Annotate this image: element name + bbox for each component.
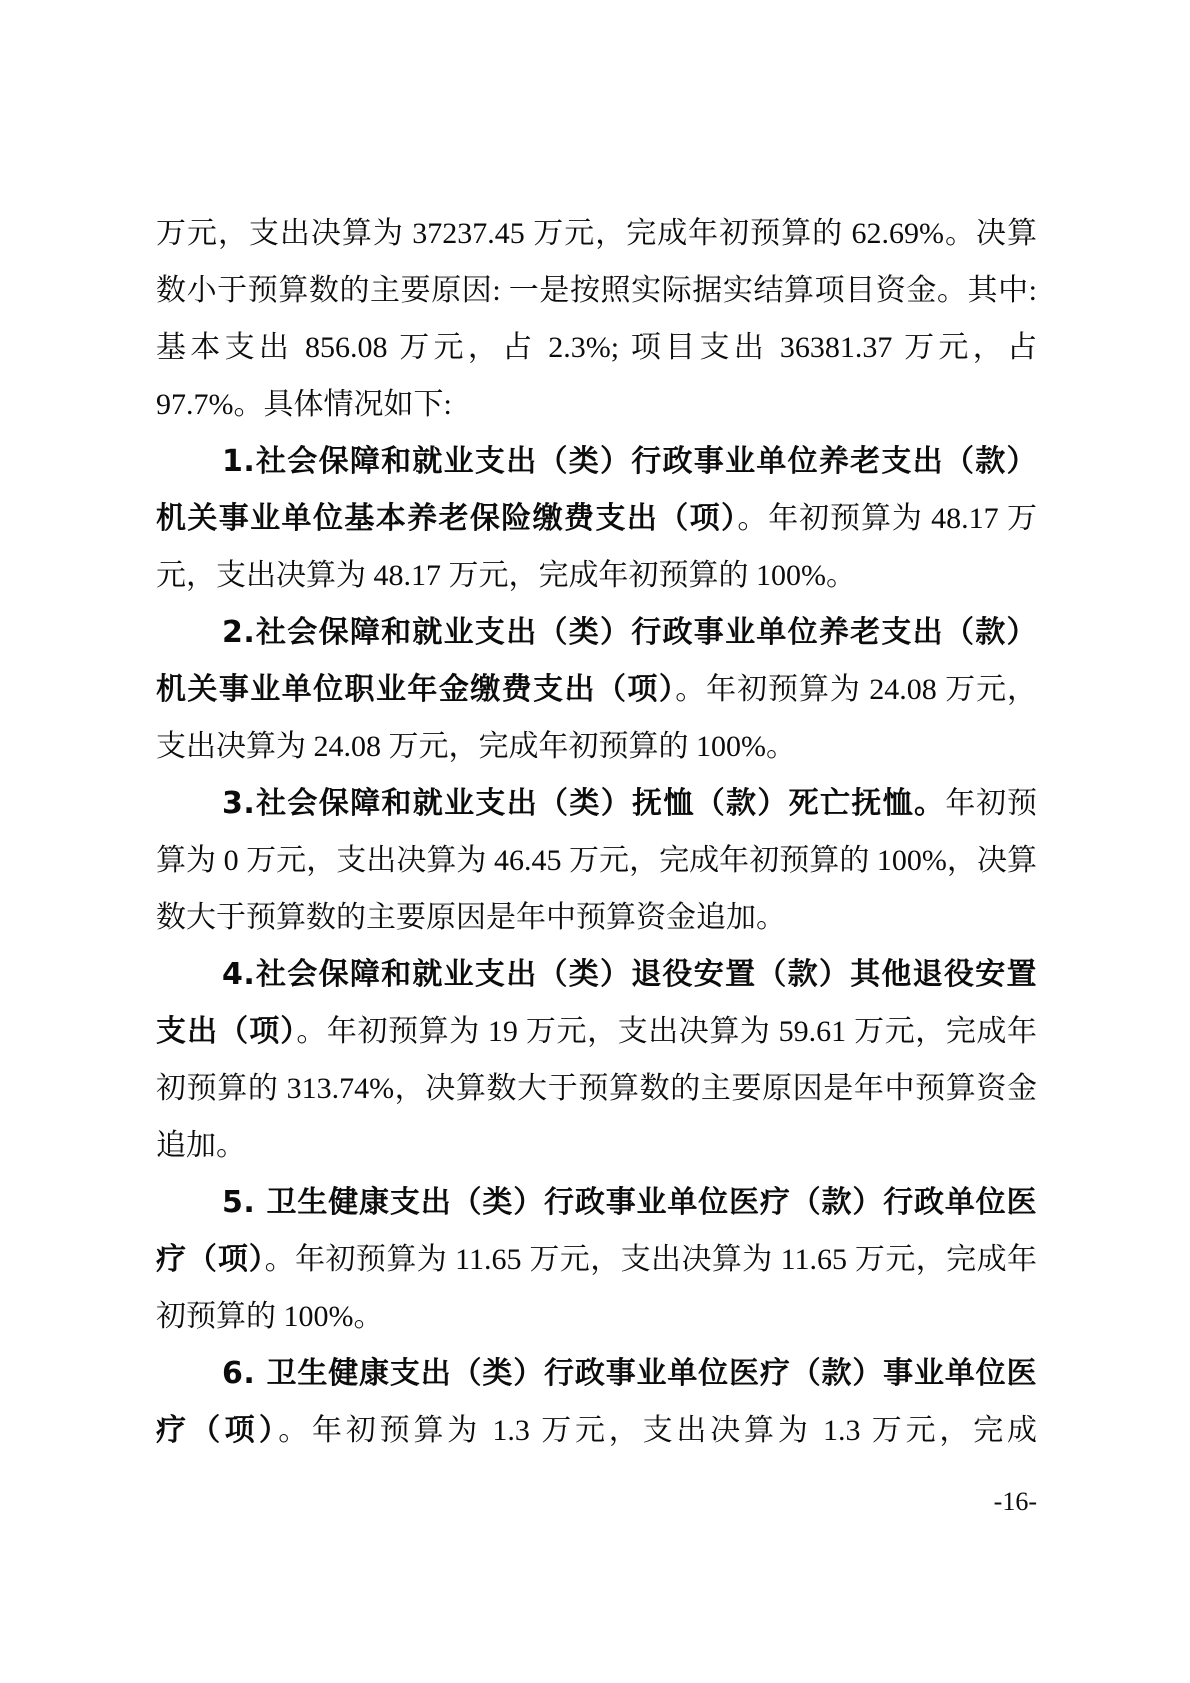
paragraph-item-5: 5. 卫生健康支出（类）行政事业单位医疗（款）行政单位医疗（项）。年初预算为 1… bbox=[156, 1174, 1037, 1345]
item-3-heading: 3.社会保障和就业支出（类）抚恤（款）死亡抚恤。 bbox=[222, 786, 945, 821]
paragraph-continuation: 万元，支出决算为 37237.45 万元，完成年初预算的 62.69%。决算数小… bbox=[156, 205, 1037, 433]
paragraph-continuation-text: 万元，支出决算为 37237.45 万元，完成年初预算的 62.69%。决算数小… bbox=[156, 217, 1037, 421]
paragraph-item-4: 4.社会保障和就业支出（类）退役安置（款）其他退役安置支出（项）。年初预算为 1… bbox=[156, 946, 1037, 1174]
item-6-body: 。年初预算为 1.3 万元，支出决算为 1.3 万元，完成 bbox=[278, 1414, 1037, 1447]
paragraph-item-3: 3.社会保障和就业支出（类）抚恤（款）死亡抚恤。年初预算为 0 万元，支出决算为… bbox=[156, 775, 1037, 946]
item-5-body: 。年初预算为 11.65 万元，支出决算为 11.65 万元，完成年初预算的 1… bbox=[156, 1243, 1037, 1333]
paragraph-item-6: 6. 卫生健康支出（类）行政事业单位医疗（款）事业单位医疗（项）。年初预算为 1… bbox=[156, 1345, 1037, 1459]
body-text: 万元，支出决算为 37237.45 万元，完成年初预算的 62.69%。决算数小… bbox=[156, 205, 1037, 1459]
paragraph-item-2: 2.社会保障和就业支出（类）行政事业单位养老支出（款）机关事业单位职业年金缴费支… bbox=[156, 604, 1037, 775]
paragraph-item-1: 1.社会保障和就业支出（类）行政事业单位养老支出（款）机关事业单位基本养老保险缴… bbox=[156, 433, 1037, 604]
page-number: -16- bbox=[156, 1487, 1037, 1517]
document-page: 万元，支出决算为 37237.45 万元，完成年初预算的 62.69%。决算数小… bbox=[0, 0, 1190, 1683]
